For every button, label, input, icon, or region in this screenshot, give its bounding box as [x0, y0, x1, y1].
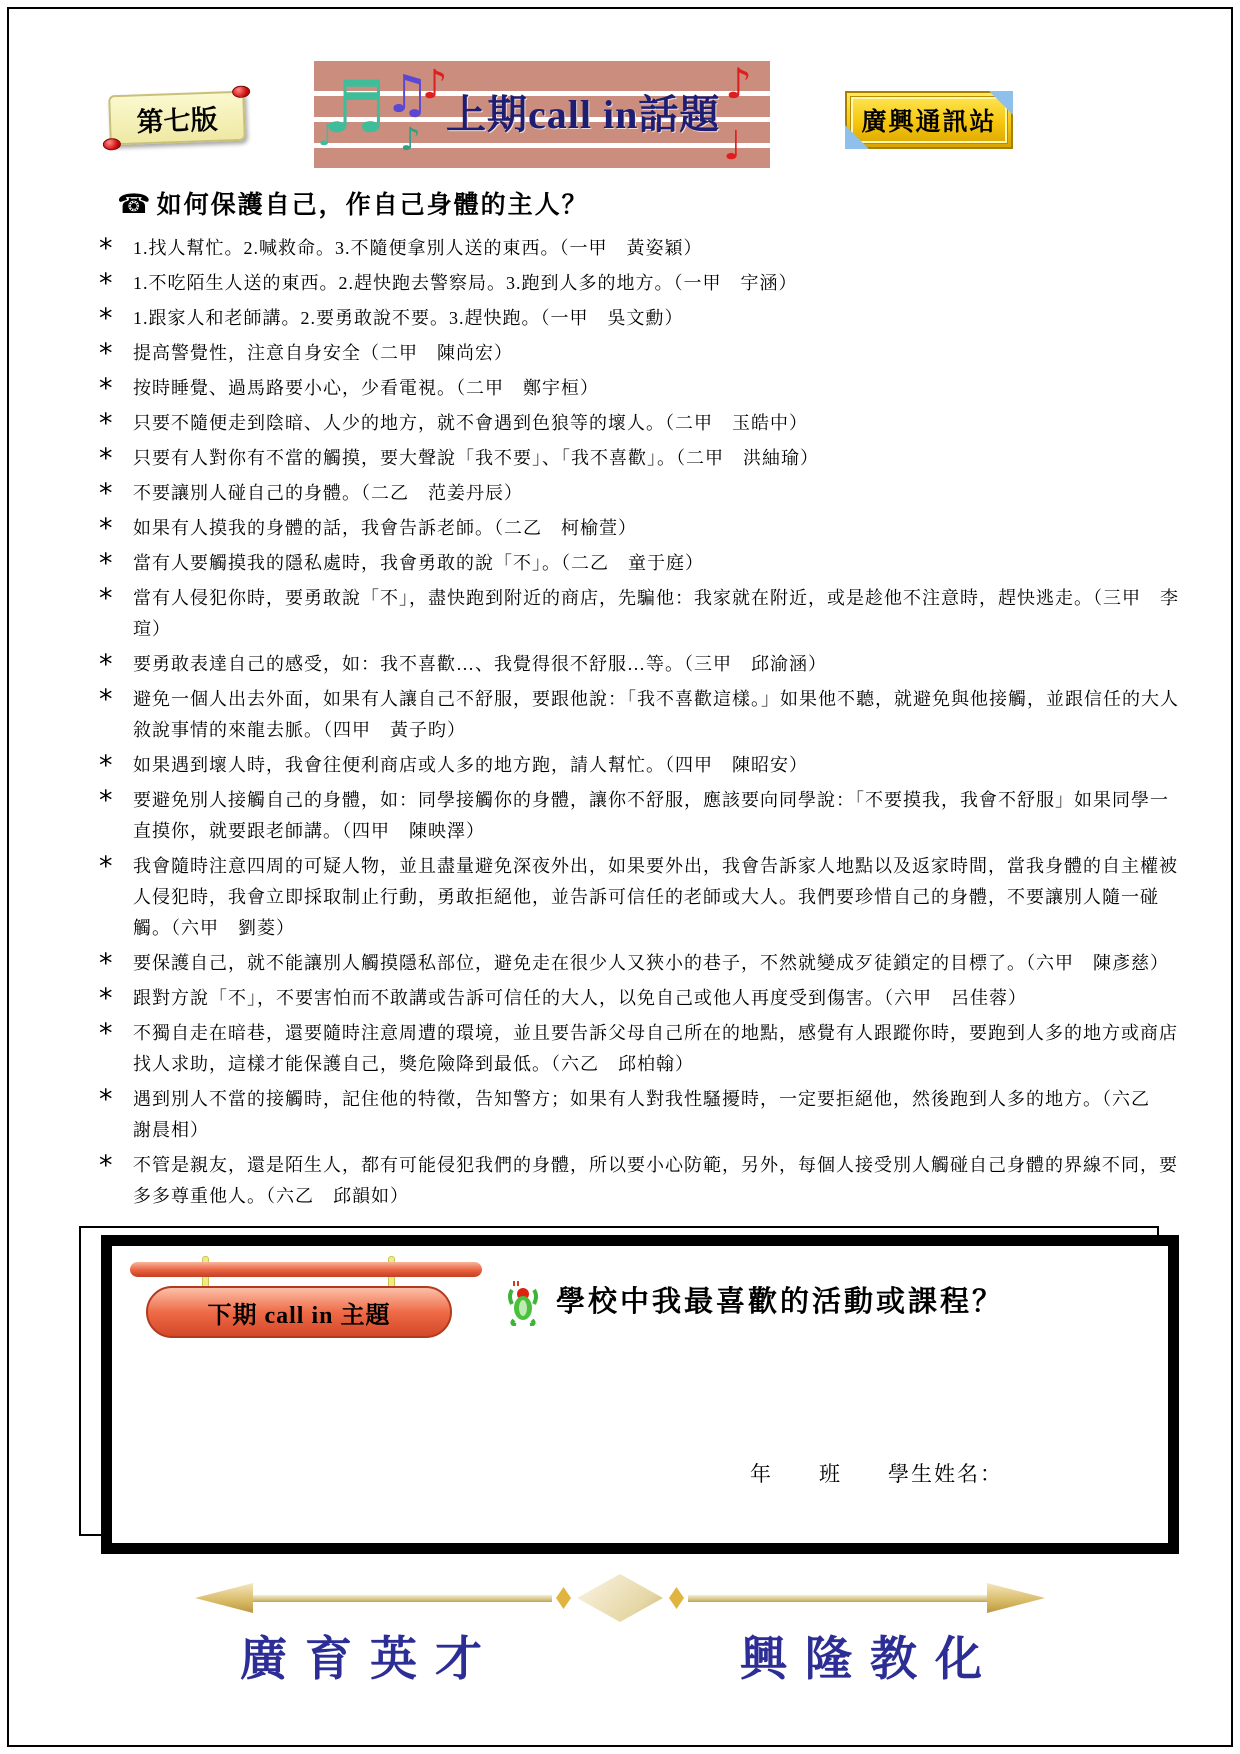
asterisk-bullet: * — [95, 684, 133, 746]
box-content: 下期 call in 主題 學校中我最喜歡的活動或課程？ 年 班 學生姓名： — [112, 1246, 1168, 1543]
response-text: 只要有人對你有不當的觸摸，要大聲說「我不要」、「我不喜歡」。（二甲 洪紬瑜） — [133, 443, 1181, 474]
response-text: 我會隨時注意四周的可疑人物，並且盡量避免深夜外出，如果要外出，我會告訴家人地點以… — [133, 851, 1181, 944]
response-item: * 遇到別人不當的接觸時，記住他的特徵，告知警方；如果有人對我性騷擾時，一定要拒… — [95, 1084, 1181, 1146]
response-item: * 1.跟家人和老師講。2.要勇敢說不要。3.趕快跑。（一甲 吳文勳） — [95, 303, 1181, 334]
response-item: * 如果有人摸我的身體的話，我會告訴老師。（二乙 柯榆萱） — [95, 513, 1181, 544]
response-item: * 跟對方說「不」，不要害怕而不敢講或告訴可信任的大人，以免自己或他人再度受到傷… — [95, 983, 1181, 1014]
response-item: * 要保護自己，就不能讓別人觸摸隱私部位，避免走在很少人又狹小的巷子，不然就變成… — [95, 948, 1181, 979]
response-item: * 不獨自走在暗巷，還要隨時注意周遭的環境，並且要告訴父母自己所在的地點，感覺有… — [95, 1018, 1181, 1080]
next-topic-box: 下期 call in 主題 學校中我最喜歡的活動或課程？ 年 班 學生姓名： — [79, 1226, 1179, 1554]
asterisk-bullet: * — [95, 338, 133, 369]
response-item: * 按時睡覺、過馬路要小心，少看電視。（二甲 鄭宇桓） — [95, 373, 1181, 404]
diamond-icon — [556, 1587, 571, 1609]
response-text: 如果有人摸我的身體的話，我會告訴老師。（二乙 柯榆萱） — [133, 513, 1181, 544]
response-text: 當有人要觸摸我的隱私處時，我會勇敢的說「不」。（二乙 童于庭） — [133, 548, 1181, 579]
telephone-icon: ☎ — [117, 189, 153, 220]
asterisk-bullet: * — [95, 443, 133, 474]
response-item: * 當有人侵犯你時，要勇敢說「不」，盡快跑到附近的商店，先騙他：我家就在附近，或… — [95, 583, 1181, 645]
edition-badge-label: 第七版 — [136, 97, 218, 139]
asterisk-bullet: * — [95, 1018, 133, 1080]
asterisk-bullet: * — [95, 785, 133, 847]
response-item: * 1.不吃陌生人送的東西。2.趕快跑去警察局。3.跑到人多的地方。（一甲 宇涵… — [95, 268, 1181, 299]
header: 第七版 ♬ ♫ ♪ ♪ ♪ ♪ ♩ 上期call in話題 廣興通訊站 — [9, 9, 1231, 169]
page-heading: ☎如何保護自己，作自己身體的主人？ — [117, 185, 1231, 221]
asterisk-bullet: * — [95, 408, 133, 439]
blue-corner-icon — [845, 125, 869, 149]
banner-title: 上期call in話題 — [446, 83, 746, 140]
edition-badge: 第七版 — [108, 91, 246, 146]
music-note-icon: ♪ — [400, 123, 420, 155]
asterisk-bullet: * — [95, 303, 133, 334]
motto-right: 興隆教化 — [740, 1622, 1000, 1689]
divider-bar — [688, 1595, 987, 1602]
music-note-icon: ♪ — [318, 121, 337, 151]
diamond-icon — [577, 1574, 663, 1622]
response-item: * 不管是親友，還是陌生人，都有可能侵犯我們的身體，所以要小心防範，另外，每個人… — [95, 1150, 1181, 1212]
mottos: 廣育英才 興隆教化 — [240, 1622, 1000, 1689]
response-item: * 只要有人對你有不當的觸摸，要大聲說「我不要」、「我不喜歡」。（二甲 洪紬瑜） — [95, 443, 1181, 474]
divider-bar — [253, 1595, 552, 1602]
response-text: 要避免別人接觸自己的身體，如：同學接觸你的身體，讓你不舒服，應該要向同學說：「不… — [133, 785, 1181, 847]
asterisk-bullet: * — [95, 548, 133, 579]
page-heading-text: 如何保護自己，作自己身體的主人？ — [157, 192, 589, 219]
diamond-icon — [669, 1587, 684, 1609]
music-banner: ♬ ♫ ♪ ♪ ♪ ♪ ♩ 上期call in話題 — [314, 61, 770, 168]
station-badge: 廣興通訊站 — [845, 91, 1013, 149]
music-note-icon: ♪ — [422, 65, 448, 105]
asterisk-bullet: * — [95, 373, 133, 404]
response-item: * 要避免別人接觸自己的身體，如：同學接觸你的身體，讓你不舒服，應該要向同學說：… — [95, 785, 1181, 847]
asterisk-bullet: * — [95, 649, 133, 680]
box-frame-thick: 下期 call in 主題 學校中我最喜歡的活動或課程？ 年 班 學生姓名： — [101, 1235, 1179, 1554]
asterisk-bullet: * — [95, 583, 133, 645]
response-text: 不要讓別人碰自己的身體。（二乙 范姜丹辰） — [133, 478, 1181, 509]
topic-pill: 下期 call in 主題 — [146, 1286, 452, 1338]
response-text: 要保護自己，就不能讓別人觸摸隱私部位，避免走在很少人又狹小的巷子，不然就變成歹徒… — [133, 948, 1181, 979]
response-item: * 不要讓別人碰自己的身體。（二乙 范姜丹辰） — [95, 478, 1181, 509]
asterisk-bullet: * — [95, 948, 133, 979]
station-badge-label: 廣興通訊站 — [851, 97, 1006, 143]
response-text: 當有人侵犯你時，要勇敢說「不」，盡快跑到附近的商店，先騙他：我家就在附近，或是趁… — [133, 583, 1181, 645]
response-text: 不獨自走在暗巷，還要隨時注意周遭的環境，並且要告訴父母自己所在的地點，感覺有人跟… — [133, 1018, 1181, 1080]
response-item: * 我會隨時注意四周的可疑人物，並且盡量避免深夜外出，如果要外出，我會告訴家人地… — [95, 851, 1181, 944]
frog-icon — [506, 1280, 540, 1326]
response-item: * 避免一個人出去外面，如果有人讓自己不舒服，要跟他說：「我不喜歡這樣。」如果他… — [95, 684, 1181, 746]
response-text: 跟對方說「不」，不要害怕而不敢講或告訴可信任的大人，以免自己或他人再度受到傷害。… — [133, 983, 1181, 1014]
response-text: 提高警覺性，注意自身安全（二甲 陳尚宏） — [133, 338, 1181, 369]
signature-line: 年 班 學生姓名： — [130, 1458, 1150, 1488]
asterisk-bullet: * — [95, 983, 133, 1014]
response-text: 不管是親友，還是陌生人，都有可能侵犯我們的身體，所以要小心防範，另外，每個人接受… — [133, 1150, 1181, 1212]
red-pin-icon — [232, 85, 250, 98]
response-item: * 提高警覺性，注意自身安全（二甲 陳尚宏） — [95, 338, 1181, 369]
asterisk-bullet: * — [95, 233, 133, 264]
response-text: 要勇敢表達自己的感受，如：我不喜歡…、我覺得很不舒服…等。（三甲 邱渝涵） — [133, 649, 1181, 680]
topic-row: 下期 call in 主題 學校中我最喜歡的活動或課程？ — [130, 1256, 1150, 1340]
response-text: 遇到別人不當的接觸時，記住他的特徵，告知警方；如果有人對我性騷擾時，一定要拒絕他… — [133, 1084, 1181, 1146]
red-pin-icon — [103, 138, 121, 151]
asterisk-bullet: * — [95, 1150, 133, 1212]
topic-pill-label: 下期 call in 主題 — [207, 1295, 390, 1330]
response-text: 1.跟家人和老師講。2.要勇敢說不要。3.趕快跑。（一甲 吳文勳） — [133, 303, 1181, 334]
responses-list: * 1.找人幫忙。2.喊救命。3.不隨便拿別人送的東西。（一甲 黃姿穎） * 1… — [95, 233, 1181, 1212]
asterisk-bullet: * — [95, 478, 133, 509]
cone-icon — [987, 1581, 1045, 1615]
response-text: 只要不隨便走到陰暗、人少的地方，就不會遇到色狼等的壞人。（二甲 玉皓中） — [133, 408, 1181, 439]
response-text: 按時睡覺、過馬路要小心，少看電視。（二甲 鄭宇桓） — [133, 373, 1181, 404]
motto-left: 廣育英才 — [240, 1622, 500, 1689]
response-text: 1.找人幫忙。2.喊救命。3.不隨便拿別人送的東西。（一甲 黃姿穎） — [133, 233, 1181, 264]
topic-rod-assembly: 下期 call in 主題 — [130, 1256, 490, 1340]
next-topic-question: 學校中我最喜歡的活動或課程？ — [556, 1279, 1004, 1320]
footer: 廣育英才 興隆教化 — [9, 1576, 1231, 1689]
response-text: 避免一個人出去外面，如果有人讓自己不舒服，要跟他說：「我不喜歡這樣。」如果他不聽… — [133, 684, 1181, 746]
response-text: 如果遇到壞人時，我會往便利商店或人多的地方跑，請人幫忙。（四甲 陳昭安） — [133, 750, 1181, 781]
page-border: 第七版 ♬ ♫ ♪ ♪ ♪ ♪ ♩ 上期call in話題 廣興通訊站 ☎如何保… — [7, 7, 1233, 1747]
response-item: * 如果遇到壞人時，我會往便利商店或人多的地方跑，請人幫忙。（四甲 陳昭安） — [95, 750, 1181, 781]
cone-icon — [195, 1581, 253, 1615]
asterisk-bullet: * — [95, 513, 133, 544]
response-item: * 只要不隨便走到陰暗、人少的地方，就不會遇到色狼等的壞人。（二甲 玉皓中） — [95, 408, 1181, 439]
footer-divider — [195, 1576, 1045, 1620]
asterisk-bullet: * — [95, 1084, 133, 1146]
response-item: * 1.找人幫忙。2.喊救命。3.不隨便拿別人送的東西。（一甲 黃姿穎） — [95, 233, 1181, 264]
response-text: 1.不吃陌生人送的東西。2.趕快跑去警察局。3.跑到人多的地方。（一甲 宇涵） — [133, 268, 1181, 299]
asterisk-bullet: * — [95, 750, 133, 781]
response-item: * 當有人要觸摸我的隱私處時，我會勇敢的說「不」。（二乙 童于庭） — [95, 548, 1181, 579]
asterisk-bullet: * — [95, 268, 133, 299]
asterisk-bullet: * — [95, 851, 133, 944]
blue-corner-icon — [989, 91, 1013, 115]
topic-rod — [130, 1262, 482, 1277]
response-item: * 要勇敢表達自己的感受，如：我不喜歡…、我覺得很不舒服…等。（三甲 邱渝涵） — [95, 649, 1181, 680]
